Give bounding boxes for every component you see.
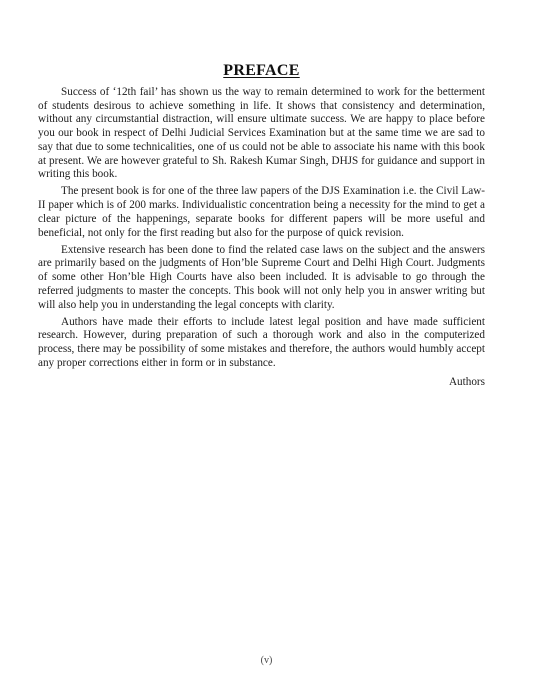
preface-page: PREFACE Success of ‘12th fail’ has shown…	[38, 60, 485, 389]
page-title: PREFACE	[38, 62, 485, 80]
paragraph-1: Success of ‘12th fail’ has shown us the …	[38, 86, 485, 182]
page-number: (v)	[0, 655, 533, 666]
paragraph-3: Extensive research has been done to find…	[38, 244, 485, 313]
paragraph-2: The present book is for one of the three…	[38, 185, 485, 240]
paragraph-4: Authors have made their efforts to inclu…	[38, 316, 485, 371]
signoff-authors: Authors	[38, 376, 485, 390]
